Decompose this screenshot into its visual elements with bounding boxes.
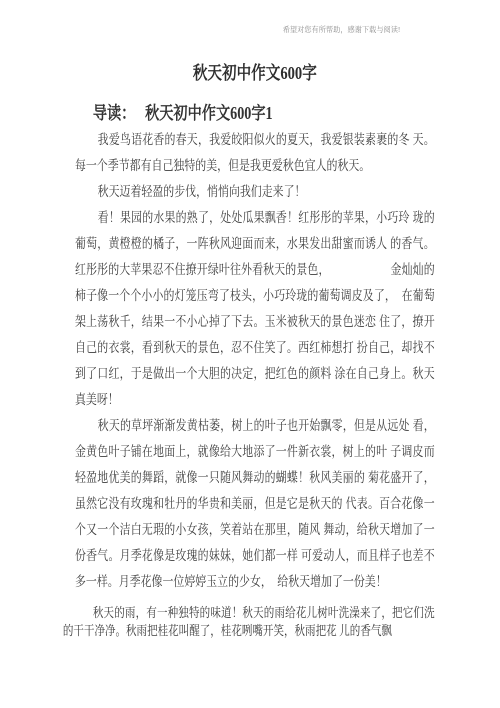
document-page: 希望对您有所帮助，感谢下载与阅读! 秋天初中作文600字 导读：秋天初中作文60… (0, 0, 500, 708)
essay-paragraph-3: 看！果园的水果的熟了，处处瓜果飘香！红彤彤的苹果，小巧玲 珑的葡萄，黄橙橙的橘子… (75, 205, 435, 413)
essay-text: 我爱鸟语花香的春天，我爱皎阳似火的夏天，我爱银装素裹的冬 天。每一个季节都有自己… (75, 127, 435, 639)
lead-value: 秋天初中作文600字1 (145, 103, 273, 123)
essay-paragraph-2: 秋天迈着轻盈的步伐，悄悄向我们走来了！ (75, 179, 435, 205)
document-body: 秋天初中作文600字 导读：秋天初中作文600字1 我爱鸟语花香的春天，我爱皎阳… (75, 0, 435, 639)
essay-paragraph-4: 秋天的草坪渐渐发黄枯萎，树上的叶子也开始飘零，但是从远处 看，金黄色叶子铺在地面… (75, 413, 435, 595)
essay-paragraph-1: 我爱鸟语花香的春天，我爱皎阳似火的夏天，我爱银装素裹的冬 天。每一个季节都有自己… (75, 127, 435, 179)
lead-line: 导读：秋天初中作文600字1 (75, 100, 435, 126)
essay-paragraph-5: 秋天的雨，有一种独特的味道！秋天的雨给花儿树叶洗澡来了，把它们洗的干干净净。秋雨… (63, 604, 435, 639)
document-title: 秋天初中作文600字 (75, 60, 435, 86)
lead-label: 导读： (93, 103, 136, 123)
